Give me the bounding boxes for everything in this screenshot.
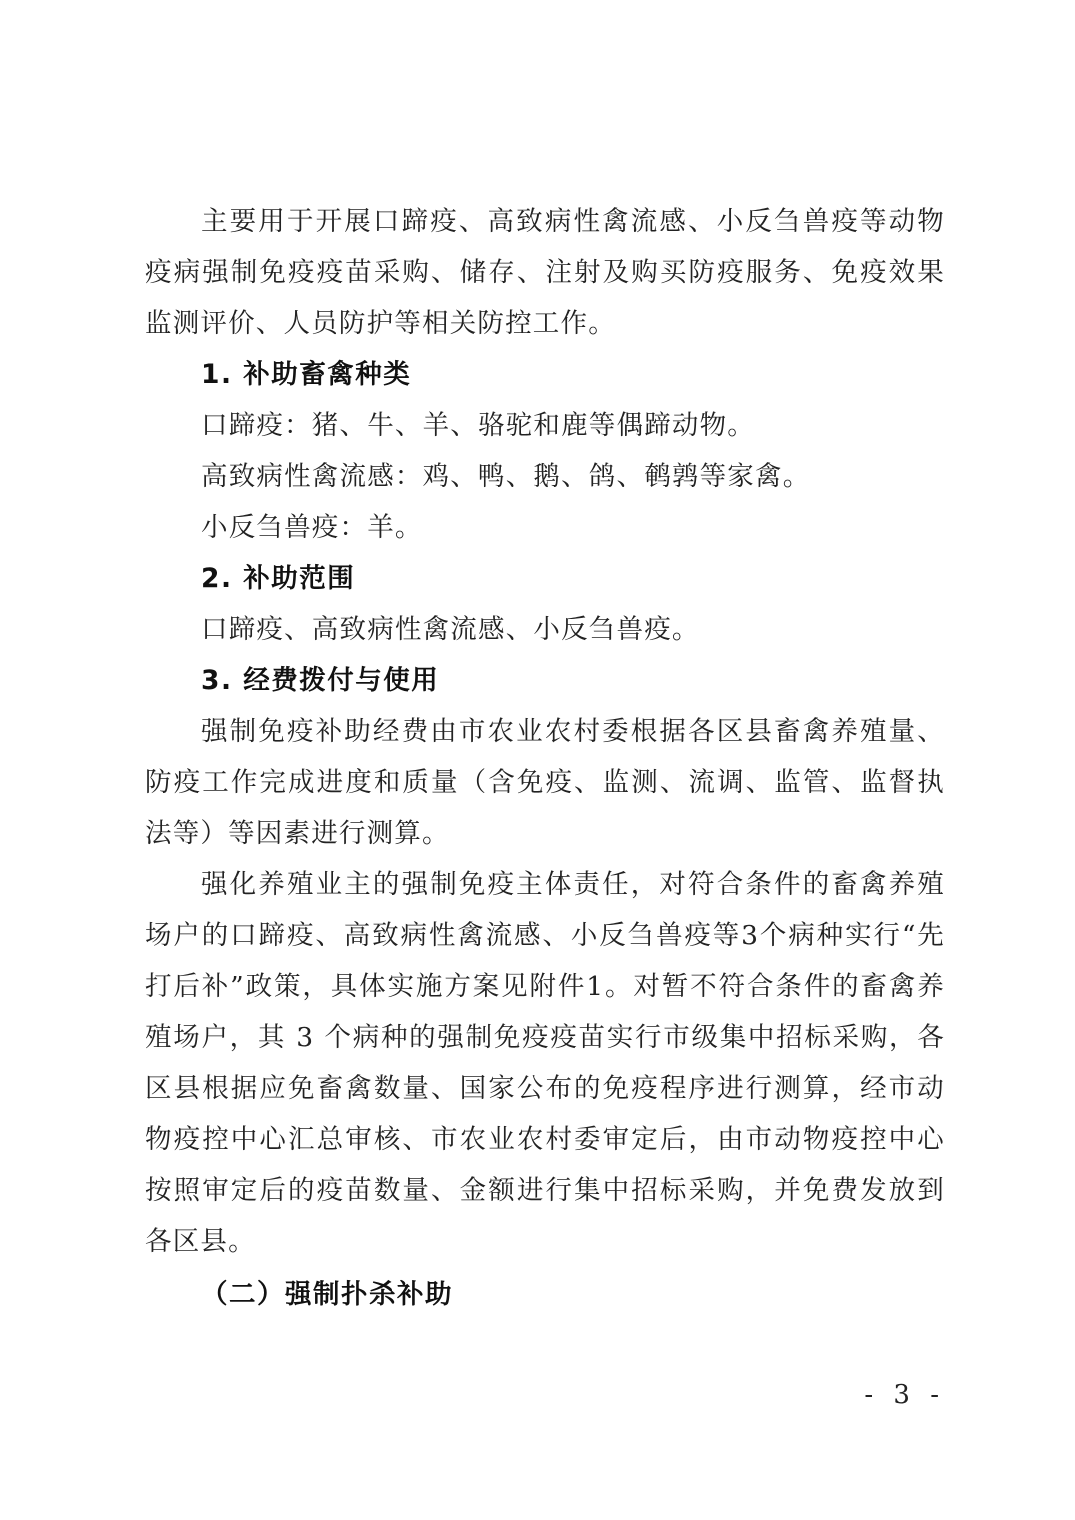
hpai-species-paragraph: 高致病性禽流感：鸡、鸭、鹅、鸽、鹌鹑等家禽。 xyxy=(145,451,945,502)
funding-calc-paragraph: 强制免疫补助经费由市农业农村委根据各区县畜禽养殖量、防疫工作完成进度和质量（含免… xyxy=(145,706,945,859)
document-body: 主要用于开展口蹄疫、高致病性禽流感、小反刍兽疫等动物疫病强制免疫疫苗采购、储存、… xyxy=(145,196,945,1320)
heading-funding-allocation: 3. 经费拨付与使用 xyxy=(145,655,945,706)
heading-livestock-types: 1. 补助畜禽种类 xyxy=(145,349,945,400)
section-heading-culling-subsidy: （二）强制扑杀补助 xyxy=(145,1269,945,1320)
document-page: 主要用于开展口蹄疫、高致病性禽流感、小反刍兽疫等动物疫病强制免疫疫苗采购、储存、… xyxy=(0,0,1075,1520)
heading-subsidy-scope: 2. 补助范围 xyxy=(145,553,945,604)
ppr-species-paragraph: 小反刍兽疫：羊。 xyxy=(145,502,945,553)
responsibility-paragraph: 强化养殖业主的强制免疫主体责任，对符合条件的畜禽养殖场户的口蹄疫、高致病性禽流感… xyxy=(145,859,945,1267)
intro-paragraph: 主要用于开展口蹄疫、高致病性禽流感、小反刍兽疫等动物疫病强制免疫疫苗采购、储存、… xyxy=(145,196,945,349)
fmd-species-paragraph: 口蹄疫：猪、牛、羊、骆驼和鹿等偶蹄动物。 xyxy=(145,400,945,451)
page-number: - 3 - xyxy=(864,1380,945,1410)
scope-paragraph: 口蹄疫、高致病性禽流感、小反刍兽疫。 xyxy=(145,604,945,655)
